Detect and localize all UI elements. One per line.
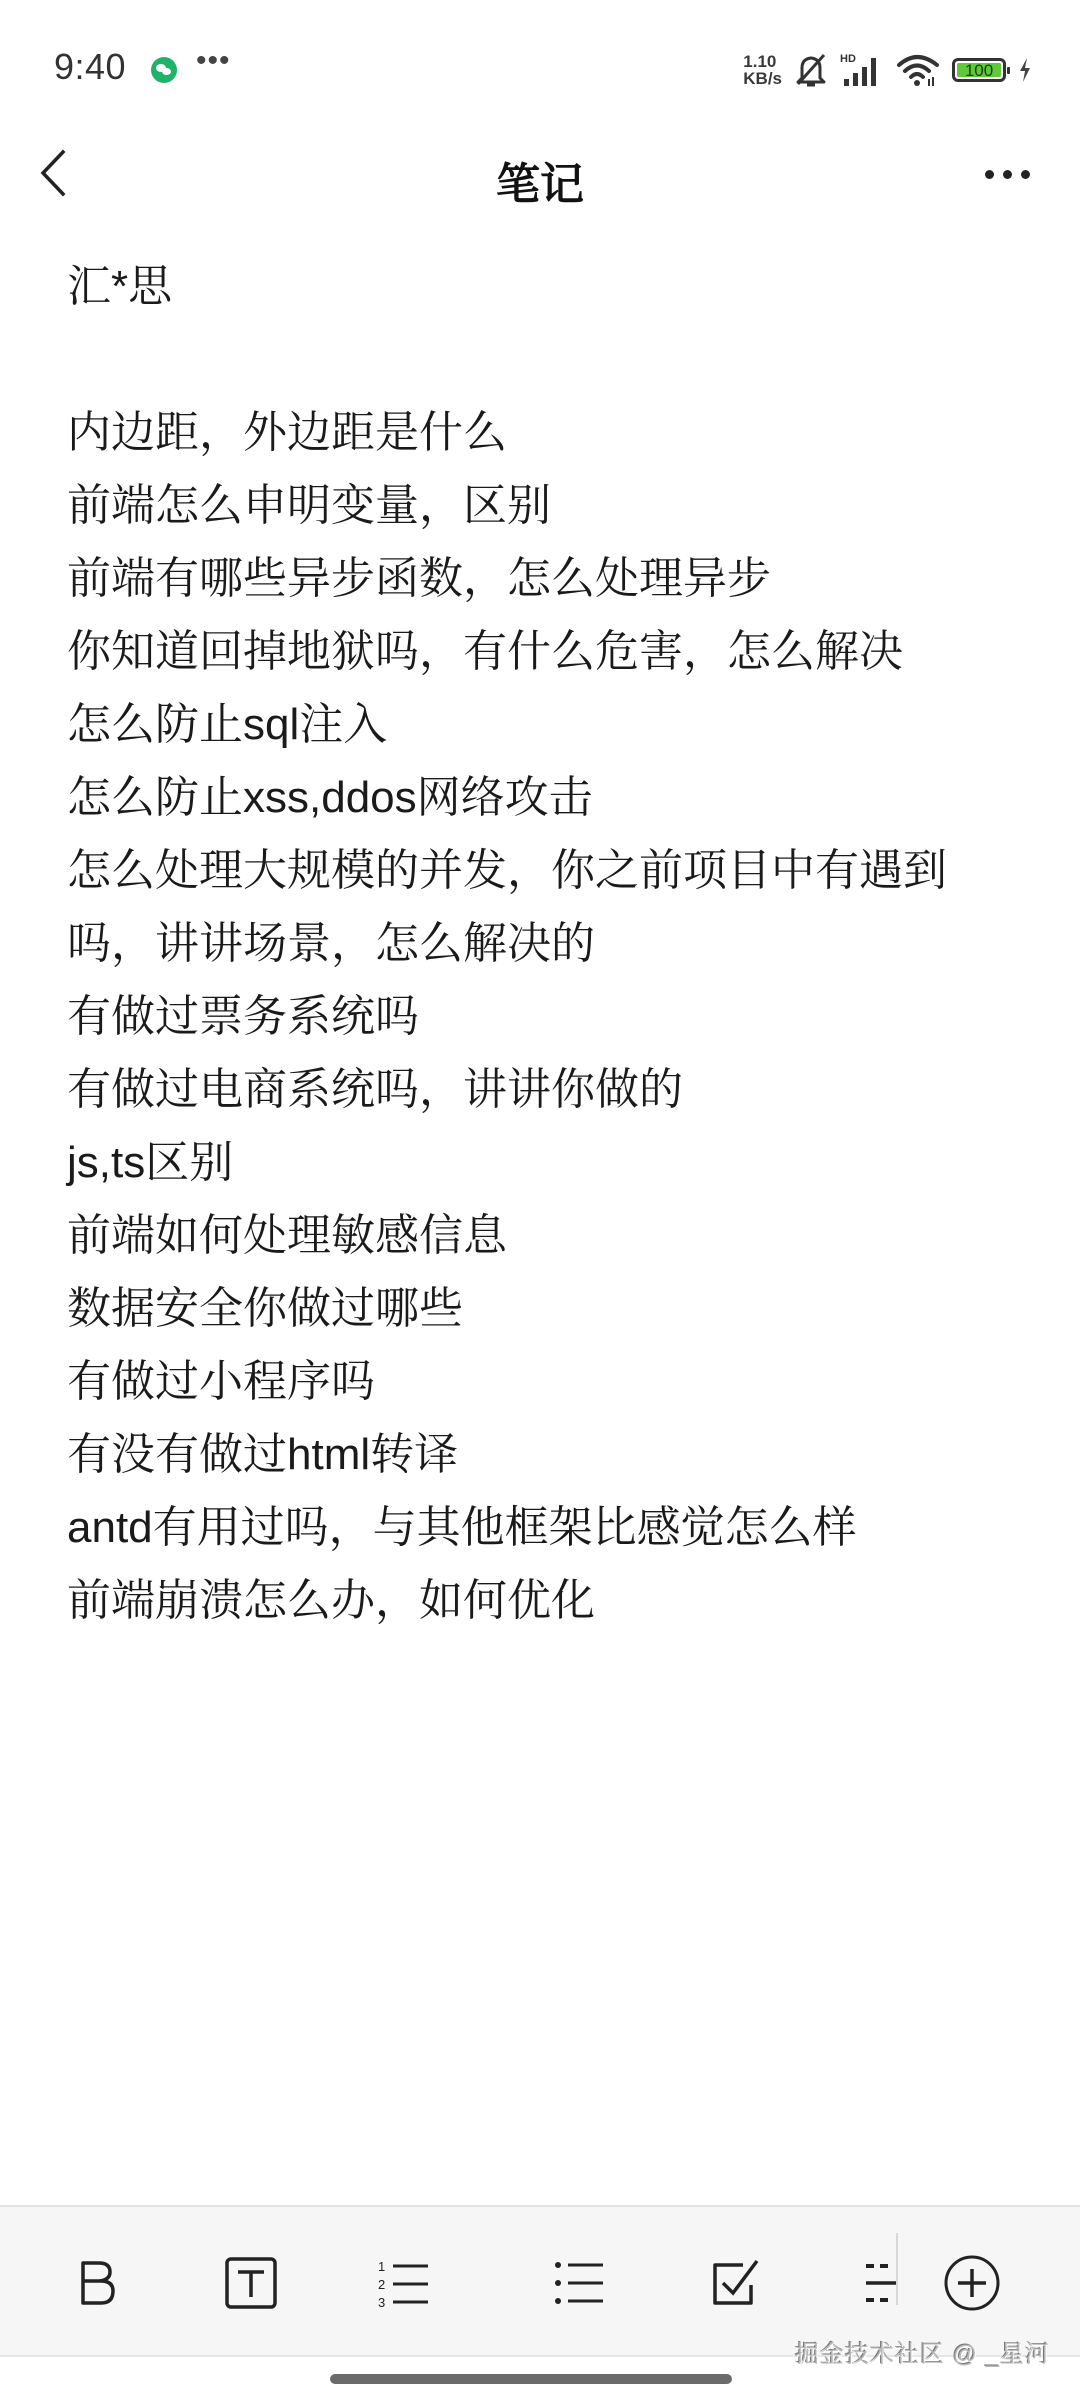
- numbered-list-icon: 1 2 3: [378, 2257, 432, 2309]
- bullet-list-icon: [553, 2257, 607, 2309]
- watermark: 掘金技术社区 @ _星河: [795, 2334, 1050, 2369]
- note-line: 有做过电商系统吗，讲讲你做的: [67, 1053, 1027, 1126]
- network-speed: 1.10 KB/s: [743, 53, 782, 87]
- svg-text:HD: HD: [840, 53, 856, 65]
- numbered-list-button[interactable]: 1 2 3: [373, 2251, 437, 2315]
- note-line: antd有用过吗，与其他框架比感觉怎么样: [67, 1491, 1027, 1564]
- toolbar-separator: [896, 2233, 898, 2305]
- note-line: 怎么处理大规模的并发，你之前项目中有遇到: [67, 834, 1027, 907]
- battery-level: 100: [957, 63, 1001, 77]
- more-horizontal-icon: [985, 170, 994, 179]
- status-time: 9:40: [54, 46, 126, 88]
- charging-icon: [1018, 57, 1032, 83]
- note-line: 有做过小程序吗: [67, 1345, 1027, 1418]
- note-line: 你知道回掉地狱吗，有什么危害，怎么解决: [67, 615, 1027, 688]
- signal-icon: HD: [840, 52, 884, 88]
- wechat-icon: [151, 57, 177, 83]
- svg-text:3: 3: [378, 2295, 385, 2309]
- battery-icon: 100: [952, 58, 1006, 82]
- text-style-button[interactable]: [219, 2251, 283, 2315]
- checkbox-icon: [711, 2257, 763, 2309]
- bold-icon: [77, 2259, 117, 2307]
- text-box-icon: [225, 2257, 277, 2309]
- note-line: 有做过票务系统吗: [67, 980, 1027, 1053]
- more-options-button[interactable]: [972, 156, 1042, 192]
- note-title-line: 汇*思: [67, 250, 1027, 323]
- note-line: 前端有哪些异步函数，怎么处理异步: [67, 542, 1027, 615]
- more-dot: [1003, 170, 1012, 179]
- note-line: 内边距，外边距是什么: [67, 396, 1027, 469]
- note-editor[interactable]: 汇*思 内边距，外边距是什么 前端怎么申明变量，区别 前端有哪些异步函数，怎么处…: [67, 250, 1027, 1637]
- app-header: 笔记: [0, 130, 1080, 220]
- note-line: 吗，讲讲场景，怎么解决的: [67, 907, 1027, 980]
- insert-button[interactable]: [940, 2251, 1004, 2315]
- status-icons: 1.10 KB/s HD 100: [743, 50, 1032, 90]
- svg-text:2: 2: [378, 2277, 385, 2292]
- mute-bell-icon: [794, 52, 828, 88]
- net-speed-unit: KB/s: [743, 70, 782, 87]
- note-line: 前端如何处理敏感信息: [67, 1199, 1027, 1272]
- note-line: 前端怎么申明变量，区别: [67, 469, 1027, 542]
- svg-text:1: 1: [378, 2259, 385, 2274]
- home-indicator[interactable]: [330, 2374, 732, 2384]
- note-line: 怎么防止xss,ddos网络攻击: [67, 761, 1027, 834]
- wifi-icon: [896, 53, 940, 87]
- note-line: js,ts区别: [67, 1126, 1027, 1199]
- note-blank-line: [67, 323, 1027, 396]
- note-line: 前端崩溃怎么办，如何优化: [67, 1564, 1027, 1637]
- page-title: 笔记: [0, 148, 1080, 212]
- plus-circle-icon: [943, 2254, 1001, 2312]
- net-speed-value: 1.10: [743, 53, 782, 70]
- more-notifications-icon: •••: [196, 44, 231, 78]
- bold-button[interactable]: [65, 2251, 129, 2315]
- checklist-button[interactable]: [705, 2251, 769, 2315]
- more-dot: [1021, 170, 1030, 179]
- note-line: 数据安全你做过哪些: [67, 1272, 1027, 1345]
- note-line: 有没有做过html转译: [67, 1418, 1027, 1491]
- note-line: 怎么防止sql注入: [67, 688, 1027, 761]
- bullet-list-button[interactable]: [548, 2251, 612, 2315]
- status-bar: 9:40 ••• 1.10 KB/s HD 100: [0, 0, 1080, 130]
